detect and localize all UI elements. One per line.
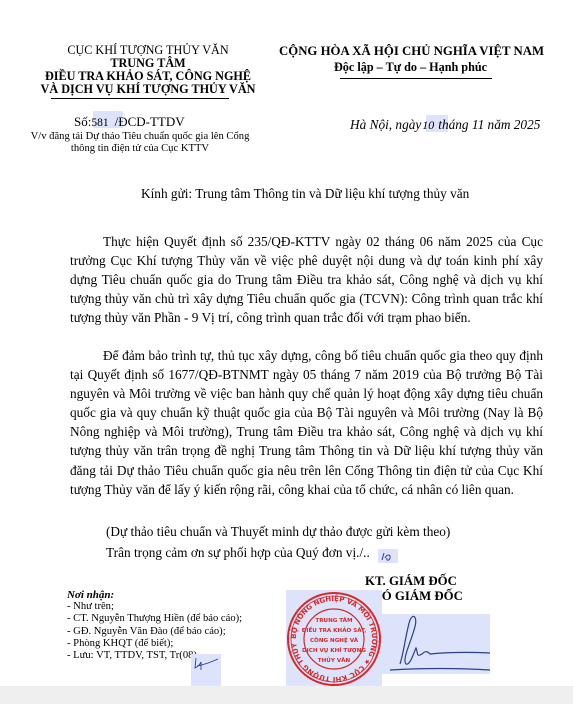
header-left-rule bbox=[51, 98, 229, 99]
seal-line-1: TRUNG TÂM bbox=[315, 617, 353, 624]
seal-line-4: DỊCH VỤ KHÍ TƯỢNG bbox=[302, 646, 366, 654]
document-number: Số:581/ĐCD-TTDV bbox=[74, 114, 185, 130]
recipients-block: Nơi nhận: - Như trên; - CT. Nguyễn Thượn… bbox=[67, 589, 242, 662]
header-right-rule bbox=[340, 78, 492, 79]
date-suffix: tháng 11 năm 2025 bbox=[438, 117, 540, 132]
official-seal-icon: BỘ NÔNG NGHIỆP VÀ MÔI TRƯỜNG ★ CỤC KHÍ T… bbox=[286, 592, 382, 686]
recipient-item: - Phòng KHQT (để biết); bbox=[67, 638, 242, 650]
signature-title-1: KT. GIÁM ĐỐC bbox=[365, 574, 457, 589]
recipient-item: - CT. Nguyễn Thượng Hiền (để báo cáo); bbox=[67, 613, 242, 625]
addressee: Kính gửi: Trung tâm Thông tin và Dữ liệu… bbox=[141, 184, 469, 203]
recipients-title: Nơi nhận: bbox=[67, 589, 242, 601]
number-label: Số: bbox=[74, 114, 91, 129]
closing-line: Trân trọng cảm ơn sự phối hợp của Quý đơ… bbox=[106, 543, 370, 562]
body-paragraph-1: Thực hiện Quyết định số 235/QĐ-KTTV ngày… bbox=[70, 232, 543, 327]
date-line: Hà Nội, ngày10tháng 11 năm 2025 bbox=[350, 117, 540, 133]
number-suffix: /ĐCD-TTDV bbox=[115, 114, 185, 129]
attachment-note: (Dự thảo tiêu chuẩn và Thuyết minh dự th… bbox=[106, 522, 450, 541]
document-page: CỤC KHÍ TƯỢNG THỦY VĂN TRUNG TÂM ĐIỀU TR… bbox=[0, 0, 573, 686]
subject-line2: thông tin điện tử của Cục KTTV bbox=[12, 143, 268, 155]
initial-mark-icon bbox=[378, 548, 398, 564]
subject: V/v đăng tải Dự thảo Tiêu chuẩn quốc gia… bbox=[12, 131, 268, 155]
nation-name: CỘNG HÒA XÃ HỘI CHỦ NGHĨA VIỆT NAM bbox=[279, 44, 544, 59]
body-paragraph-2: Để đảm bảo trình tự, thủ tục xây dựng, c… bbox=[70, 346, 543, 499]
motto: Độc lập – Tự do – Hạnh phúc bbox=[334, 60, 487, 75]
seal-line-5: THỦY VĂN bbox=[318, 656, 351, 664]
unit-name-line3: VÀ DỊCH VỤ KHÍ TƯỢNG THỦY VĂN bbox=[20, 83, 276, 96]
date-day: 10 bbox=[422, 118, 434, 132]
seal-line-2: ĐIỀU TRA KHẢO SÁT, bbox=[302, 625, 367, 634]
seal-line-3: CÔNG NGHỆ VÀ bbox=[310, 636, 359, 644]
number-value: 581 bbox=[91, 117, 108, 129]
recipient-item: - Như trên; bbox=[67, 601, 242, 613]
recipient-item: - GĐ. Nguyễn Văn Đào (để báo cáo); bbox=[67, 626, 242, 638]
initial-mark-icon bbox=[191, 654, 221, 678]
viewer-bottom-strip bbox=[0, 686, 573, 704]
date-prefix: Hà Nội, ngày bbox=[350, 117, 421, 132]
subject-line1: V/v đăng tải Dự thảo Tiêu chuẩn quốc gia… bbox=[12, 131, 268, 143]
